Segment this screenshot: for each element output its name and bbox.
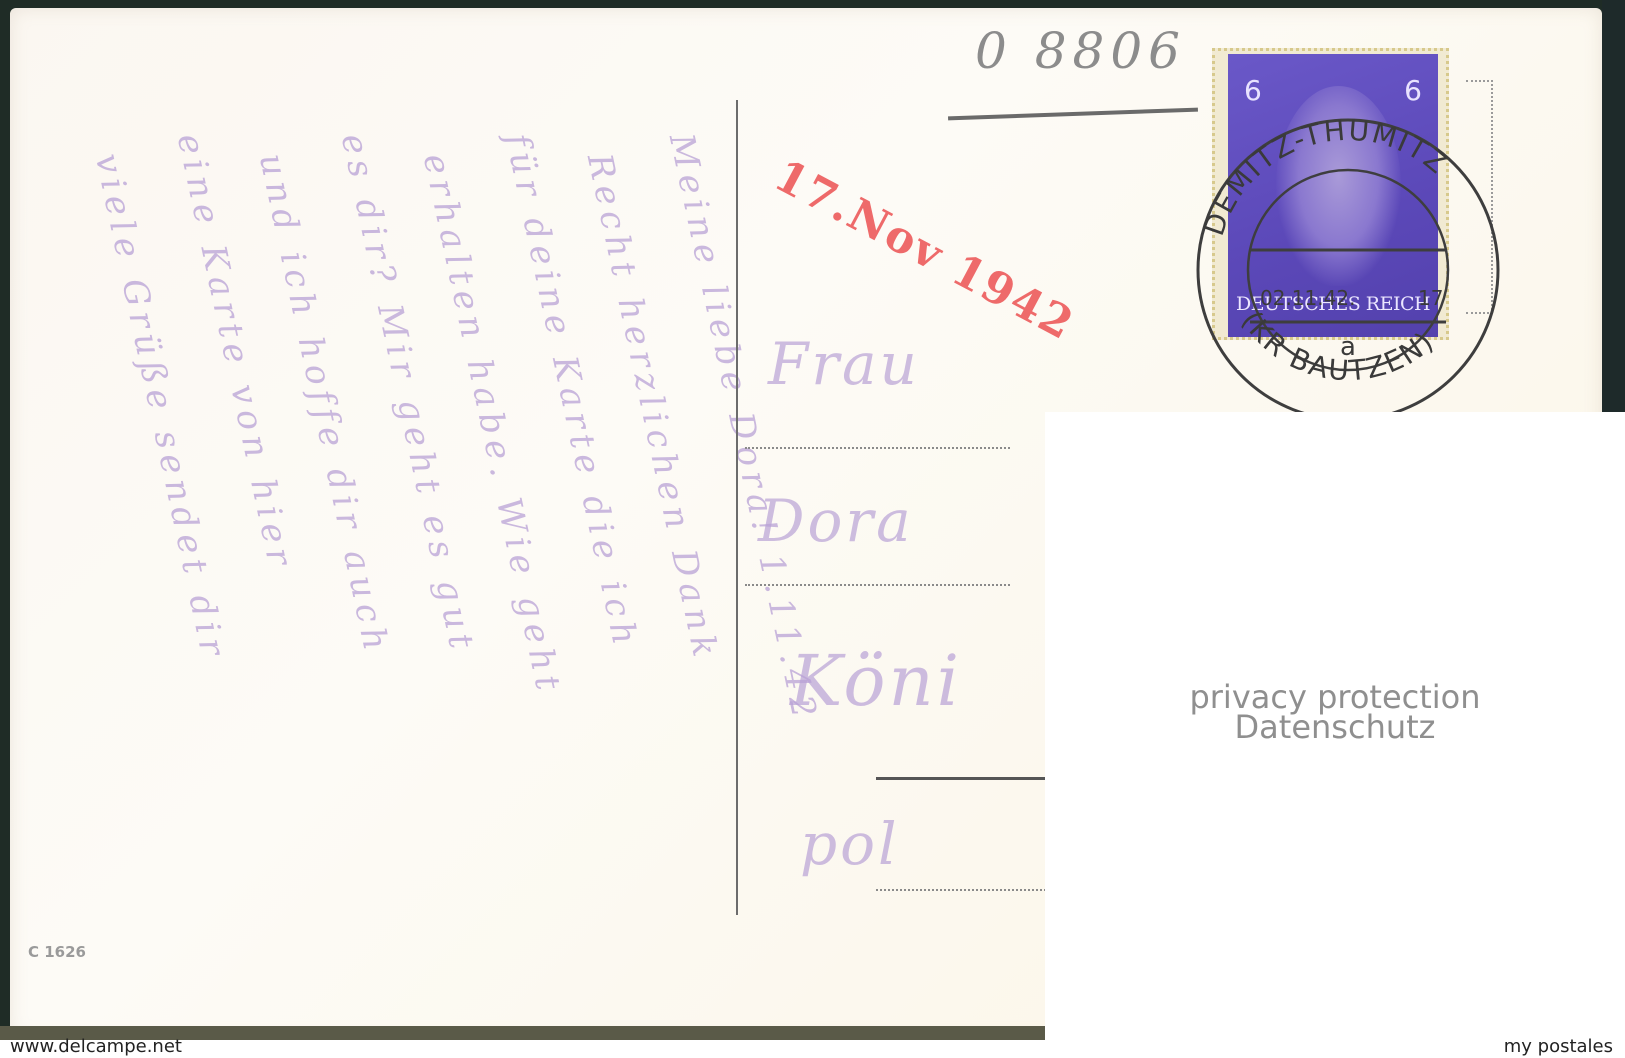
svg-text:02.11.42.: 02.11.42. [1260, 286, 1355, 310]
watermark-left: www.delcampe.net [10, 1036, 182, 1057]
svg-text:DEMITZ-THUMITZ: DEMITZ-THUMITZ [1197, 114, 1454, 240]
address-underline [876, 777, 1046, 780]
svg-text:17: 17 [1418, 286, 1443, 310]
center-divider [736, 100, 738, 915]
svg-text:a: a [1340, 332, 1356, 362]
address-dotted-line [745, 584, 1010, 586]
scan-edge [1602, 0, 1625, 412]
address-dotted-line [876, 889, 1046, 891]
watermark-right: my postales [1504, 1036, 1613, 1057]
address-dotted-line [745, 447, 1010, 449]
pencil-code: 0 8806 [975, 22, 1186, 80]
address-line: pol [800, 810, 900, 878]
printer-code: C 1626 [28, 943, 86, 961]
postmark: DEMITZ-THUMITZ (KR BAUTZEN) 02.11.42. 17… [1188, 100, 1508, 420]
address-line: Dora [758, 487, 914, 555]
address-line: Frau [768, 330, 920, 398]
privacy-line-2: Datenschutz [1160, 712, 1510, 742]
privacy-label: privacy protection Datenschutz [1160, 682, 1510, 742]
svg-text:(KR BAUTZEN): (KR BAUTZEN) [1235, 305, 1441, 388]
address-line: Köni [790, 640, 962, 722]
